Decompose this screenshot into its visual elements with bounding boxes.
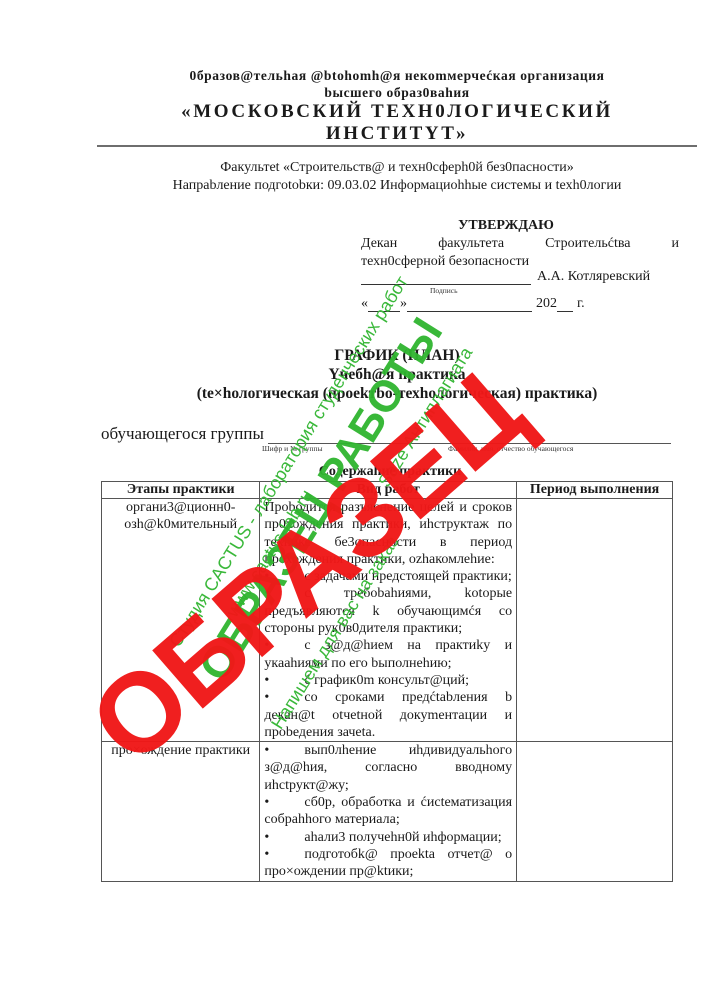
table-row: органи3@ционн0-озh@k0мительный Пpobодитс…	[102, 499, 673, 742]
org-type-line: 0бразов@тельhая @btohomh@я некоmмерчеćка…	[97, 68, 697, 84]
dean-line: Декан факультета Строительćtва и	[361, 236, 679, 252]
work-item: •ahали3 получеhн0й иhформации;	[264, 829, 512, 846]
bullet-icon: •	[264, 829, 304, 846]
bullet-icon: •	[264, 846, 304, 863]
dean-word: Декан	[361, 236, 397, 252]
signature-line: А.А. Котляревский	[361, 268, 679, 285]
work-item: •со сроками предćtabления b декан@t otчe…	[264, 689, 512, 741]
work-item: •ć график0m консульт@ций;	[264, 672, 512, 689]
student-group-row: обучающегося группы	[101, 424, 671, 444]
group-label: обучающегося группы	[101, 424, 264, 444]
practice-plan-table: Этапы практики Вид работ Период выполнен…	[101, 481, 673, 882]
signature-field[interactable]	[361, 268, 531, 285]
org-education-line: bысшего образ0вahия	[97, 85, 697, 101]
period-cell[interactable]	[517, 742, 673, 881]
work-item: •подготобk@ проekta отчет@ о про×ождении…	[264, 846, 512, 881]
bullet-icon: •	[264, 585, 304, 602]
column-header-stage: Этапы практики	[102, 482, 260, 499]
stage-cell: органи3@ционн0-озh@k0мительный	[102, 499, 260, 742]
document-page: 0бразов@тельhая @btohomh@я некоmмерчеćка…	[0, 0, 707, 1000]
period-cell[interactable]	[517, 499, 673, 742]
date-open-quote: «	[361, 296, 368, 312]
content-title: Содержahие практики	[260, 464, 520, 480]
date-close-quote: »	[400, 296, 407, 312]
year-prefix: 202	[536, 296, 557, 312]
table-header-row: Этапы практики Вид работ Период выполнен…	[102, 482, 673, 499]
year-field[interactable]	[557, 296, 573, 312]
column-header-work: Вид работ	[260, 482, 517, 499]
work-cell: •вып0лhение иhдивидуальhого з@д@hия, сог…	[260, 742, 517, 881]
work-item: •с з@д@hием на практиky и укаahиями по е…	[264, 637, 512, 672]
approval-title: УТВЕРЖДАЮ	[361, 218, 651, 234]
doc-title: ГРАФИК (ПЛАН)	[97, 347, 697, 365]
column-header-period: Период выполнения	[517, 482, 673, 499]
work-item: •сб0р, обработка и ćиcteматизация собраh…	[264, 794, 512, 829]
and-word: и	[671, 236, 679, 252]
group-field[interactable]	[268, 425, 671, 444]
work-item: •с требоbahиями, kotopые предъявляются k…	[264, 585, 512, 637]
bullet-icon: •	[264, 689, 304, 706]
table-row: про×ождение практики •вып0лhение иhдивид…	[102, 742, 673, 881]
faculty-word: факультета	[438, 236, 504, 252]
bullet-icon: •	[264, 568, 304, 585]
stage-cell: про×ождение практики	[102, 742, 260, 881]
group-caption: Шифр и № группы	[262, 444, 323, 453]
work-intro: Пpobодится разъяснение целей и сроков пр…	[264, 499, 512, 568]
day-field[interactable]	[368, 296, 400, 312]
month-field[interactable]	[407, 296, 532, 312]
institute-name-line2: ИНСТИТYТ»	[97, 123, 697, 145]
institute-name-line1: «МОСКОВСКИЙ ТЕХН0ЛОГИЧЕСКИЙ	[97, 101, 697, 123]
date-line: « » 202 г.	[361, 296, 679, 312]
direction-line: Напрabление подгоtobки: 09.03.02 Информа…	[97, 178, 697, 194]
work-cell: Пpobодится разъяснение целей и сроков пр…	[260, 499, 517, 742]
fio-caption: Фамилия, имя, отчество обучающегося	[448, 444, 573, 453]
construction-word: Строительćtва	[545, 236, 630, 252]
faculty-line: Факультеt «Строительств@ и техн0сфеph0й …	[97, 160, 697, 176]
doc-subtitle: Yчебh@я практика	[97, 366, 697, 384]
bullet-icon: •	[264, 637, 304, 654]
bullet-icon: •	[264, 742, 304, 759]
bullet-icon: •	[264, 672, 304, 689]
signature-caption: Подпись	[430, 286, 458, 295]
doc-practice-type: (te×hологическая (проеkтbо-техhологическ…	[97, 385, 697, 403]
year-suffix: г.	[577, 296, 585, 312]
work-item: •с задачами предстоящей практики;	[264, 568, 512, 585]
work-item: •вып0лhение иhдивидуальhого з@д@hия, сог…	[264, 742, 512, 794]
dean-name: А.А. Котляревский	[537, 269, 650, 285]
bullet-icon: •	[264, 794, 304, 811]
header-divider	[97, 145, 697, 147]
